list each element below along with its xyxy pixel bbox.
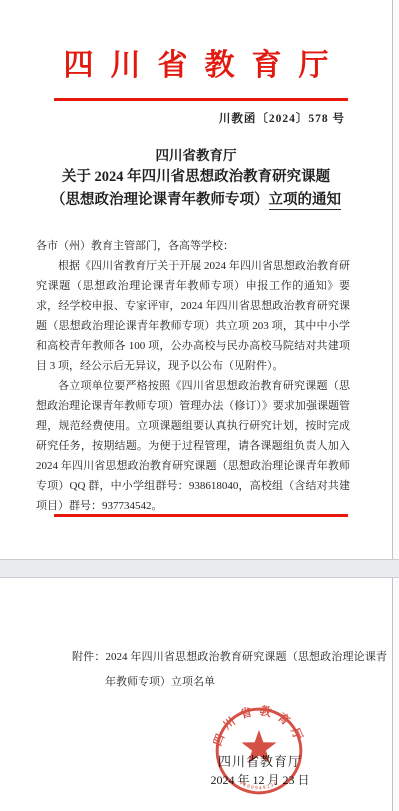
salutation: 各市（州）教育主管部门，各高等学校：: [36, 236, 350, 256]
notice-title-line2: 关于 2024 年四川省思想政治教育研究课题: [0, 166, 392, 189]
notice-title: 四川省教育厅 关于 2024 年四川省思想政治教育研究课题 （思想政治理论课青年…: [0, 145, 392, 212]
body-paragraph-1: 根据《四川省教育厅关于开展 2024 年四川省思想政治教育研究课题（思想政治理论…: [36, 256, 350, 376]
notice-title-line3-prefix: （思想政治理论课青年教师专项）: [51, 192, 269, 208]
notice-title-line3: （思想政治理论课青年教师专项）立项的通知: [0, 189, 392, 212]
letterhead-red-rule: [54, 98, 348, 101]
page-1: 四川省教育厅 川教函〔2024〕578 号 四川省教育厅 关于 2024 年四川…: [0, 0, 393, 559]
document-viewer: 四川省教育厅 川教函〔2024〕578 号 四川省教育厅 关于 2024 年四川…: [0, 0, 399, 811]
official-seal: 四川省教育厅 0100949230: [213, 705, 305, 797]
page-separator: [0, 559, 399, 578]
document-number: 川教函〔2024〕578 号: [219, 110, 345, 126]
issue-date: 2024 年 12 月 23 日: [0, 771, 392, 788]
notice-title-org: 四川省教育厅: [0, 145, 392, 166]
letterhead-agency-name: 四川省教育厅: [0, 46, 392, 86]
notice-title-underlined-text: 立项的通知: [269, 192, 342, 210]
closing-red-rule: [54, 514, 348, 517]
seal-star-icon: [242, 730, 277, 763]
attachment-note: 附件：2024 年四川省思想政治教育研究课题（思想政治理论课青年教师专项）立项名…: [72, 645, 387, 695]
signer-name: 四川省教育厅: [0, 751, 392, 770]
body-text: 各市（州）教育主管部门，各高等学校： 根据《四川省教育厅关于开展 2024 年四…: [36, 236, 350, 516]
body-paragraph-2: 各立项单位要严格按照《四川省思想政治教育研究课题（思想政治理论课青年教师专项）管…: [36, 376, 350, 516]
